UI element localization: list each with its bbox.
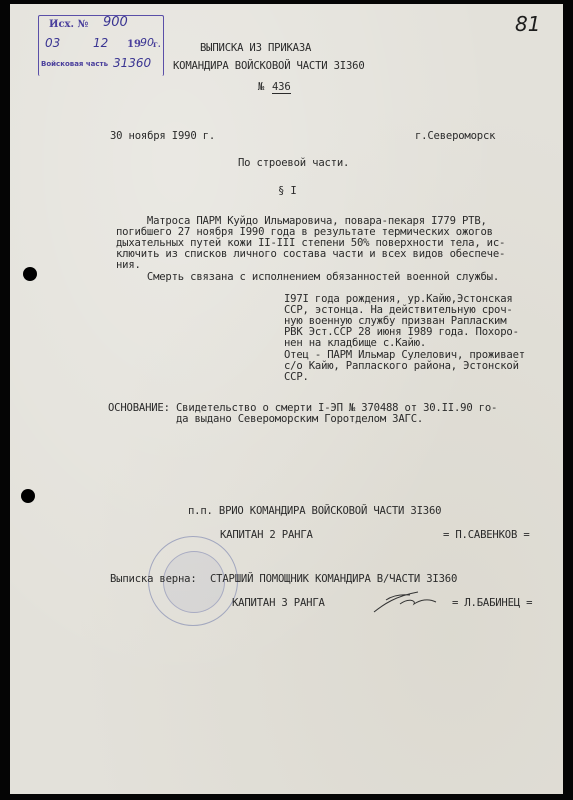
certified-title: СТАРШИЙ ПОМОЩНИК КОМАНДИРА В/ЧАСТИ 3I360 [210, 574, 457, 585]
certified-label: Выписка верна: [110, 574, 197, 585]
stamp-date-year-prefix: 19 [127, 39, 141, 50]
bio-line: Отец - ПАРМ Ильмар Сулелович, проживает [284, 350, 525, 361]
bio-line: I97I года рождения, ур.Кайю,Эстонская [284, 294, 513, 305]
header-line-1: ВЫПИСКА ИЗ ПРИКАЗА [200, 43, 311, 54]
stamp-date-year-mark: г. [153, 39, 161, 49]
stamp-incoming-number: 900 [103, 15, 128, 30]
signed-by-line: п.п. ВРИО КОМАНДИРА ВОЙСКОВОЙ ЧАСТИ 3I36… [188, 506, 441, 517]
body-line: погибшего 27 ноября I990 года в результа… [116, 227, 493, 238]
order-date: 30 ноября I990 г. [110, 131, 215, 142]
registration-stamp: Исх. № 900 03 12 19 90 г. Войсковая част… [38, 15, 164, 76]
section-title: По строевой части. [238, 158, 349, 169]
stamp-date-year-suffix: 90 [140, 36, 154, 49]
stamp-unit-number: 31360 [113, 56, 151, 70]
certified-name: = Л.БАБИНЕЦ = [452, 598, 532, 609]
order-number-label: № [258, 82, 264, 93]
body-line: ключить из списков личного состава части… [116, 249, 505, 260]
basis-line: да выдано Североморским Горотделом ЗАГС. [108, 414, 423, 425]
stamp-date-month: 12 [93, 36, 108, 50]
order-place: г.Североморск [415, 131, 495, 142]
stamp-unit-label: Войсковая часть [41, 60, 108, 68]
page-number: 81 [515, 12, 540, 36]
punch-hole [23, 267, 37, 281]
document-page: 81 Исх. № 900 03 12 19 90 г. Войсковая ч… [10, 4, 563, 794]
handwritten-signature [370, 586, 450, 616]
body-line: дыхательных путей кожи II-III степени 50… [116, 238, 505, 249]
header-line-2: КОМАНДИРА ВОЙСКОВОЙ ЧАСТИ 3I360 [173, 61, 365, 72]
order-number: 436 [272, 82, 291, 94]
punch-hole [21, 489, 35, 503]
signed-by-rank: КАПИТАН 2 РАНГА [220, 530, 313, 541]
paragraph-mark: § I [278, 186, 297, 197]
body-line: Смерть связана с исполнением обязанносте… [116, 272, 499, 283]
bio-line: ССР, эстонца. На действительную сроч- [284, 305, 513, 316]
certified-rank: КАПИТАН 3 РАНГА [232, 598, 325, 609]
bio-line: РВК Эст.ССР 28 июня I989 года. Похоро- [284, 327, 519, 338]
bio-line: с/о Кайю, Раплаского района, Эстонской [284, 361, 519, 372]
bio-line: ную военную службу призван Рапласким [284, 316, 506, 327]
bio-line: ССР. [284, 372, 309, 383]
signed-by-name: = П.САВЕНКОВ = [443, 530, 530, 541]
stamp-incoming-label: Исх. № [49, 19, 88, 30]
bio-line: нен на кладбище с.Кайю. [284, 338, 426, 349]
stamp-date-day: 03 [45, 36, 60, 50]
body-line: ния. [116, 260, 141, 271]
basis-line: ОСНОВАНИЕ: Свидетельство о смерти I-ЭП №… [108, 403, 497, 414]
body-line: Матроса ПАРМ Куйдо Ильмаровича, повара-п… [116, 216, 487, 227]
